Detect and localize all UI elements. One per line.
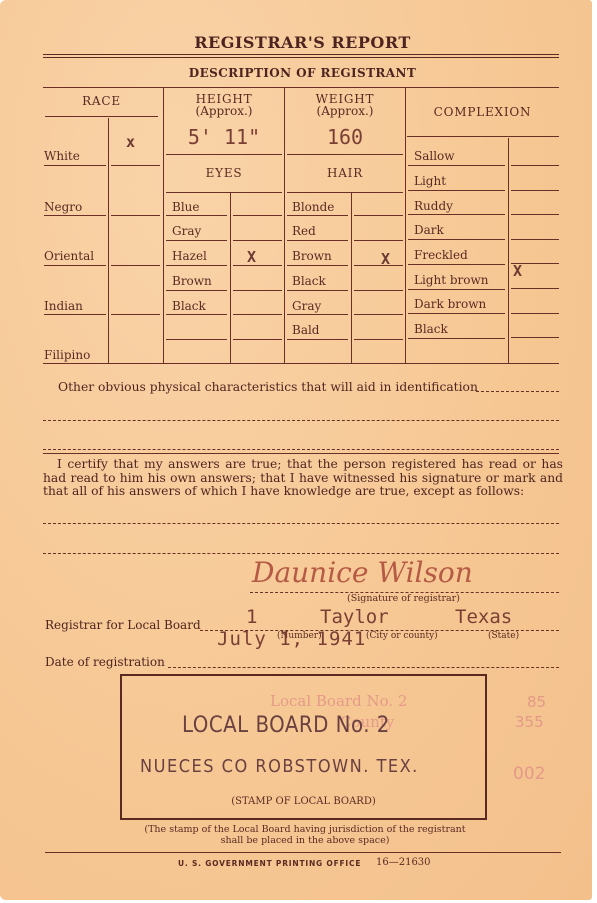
rule [166, 290, 227, 291]
stamp-note-line-2: shall be placed in the above space) [60, 835, 550, 846]
rule [287, 215, 348, 216]
printer-credit: U. S. GOVERNMENT PRINTING OFFICE [178, 859, 361, 868]
rule [354, 215, 403, 216]
side-number-2: 355 [515, 713, 544, 731]
rule [354, 265, 403, 266]
hair-mark-divider [351, 193, 352, 363]
stamp-line-2: NUECES CO ROBSTOWN. TEX. [140, 756, 419, 777]
rule [407, 136, 559, 137]
height-value[interactable]: 5' 11" [164, 125, 284, 149]
eyes-option-hazel: Hazel [172, 249, 207, 263]
rule [44, 314, 106, 315]
rule [354, 314, 403, 315]
local-board-state[interactable]: Texas [455, 606, 512, 628]
weight-value[interactable]: 160 [285, 125, 405, 149]
rule [408, 165, 505, 166]
complexion-option-dark-brown: Dark brown [414, 297, 486, 311]
complexion-option-ruddy: Ruddy [414, 199, 453, 213]
hair-option-red: Red [292, 224, 316, 238]
state-caption: (State) [488, 631, 519, 641]
rule [45, 116, 158, 117]
rule [233, 339, 282, 340]
certification-text: I certify that my answers are true; that… [43, 458, 563, 499]
complexion-option-light-brown: Light brown [414, 273, 489, 287]
rule [408, 289, 505, 290]
registration-date-value[interactable]: July 1, 1941 [217, 628, 366, 650]
registrar-report-card: REGISTRAR'S REPORT DESCRIPTION OF REGIST… [0, 0, 592, 900]
faded-stamp-line-1: Local Board No. 2 [270, 692, 407, 710]
rule [111, 215, 160, 216]
rule [111, 165, 160, 166]
rule [233, 314, 282, 315]
complexion-option-sallow: Sallow [414, 149, 455, 163]
footer-rule [45, 852, 561, 853]
rule [511, 288, 559, 289]
form-number: 16—21630 [376, 857, 431, 868]
section-subtitle: DESCRIPTION OF REGISTRANT [0, 66, 597, 80]
race-option-filipino: Filipino [44, 348, 90, 362]
rule [44, 265, 106, 266]
local-board-label: Registrar for Local Board [45, 619, 201, 633]
rule [511, 337, 559, 338]
rule [111, 314, 160, 315]
rule [408, 264, 505, 265]
rule [511, 190, 559, 191]
rule [511, 214, 559, 215]
rule [287, 265, 348, 266]
rule [408, 338, 505, 339]
rule [287, 290, 348, 291]
side-number-3: 002 [513, 764, 545, 784]
rule [166, 215, 227, 216]
complexion-header: COMPLEXION [406, 106, 559, 118]
rule [44, 215, 106, 216]
stamp-note: (The stamp of the Local Board having jur… [60, 824, 550, 846]
eyes-hazel-checkmark[interactable]: X [247, 248, 256, 266]
race-mark-divider [108, 118, 109, 363]
rule [166, 314, 227, 315]
stamp-line-1: LOCAL BOARD No. 2 [182, 713, 390, 738]
hair-option-brown: Brown [292, 249, 332, 263]
rule [354, 339, 403, 340]
race-option-indian: Indian [44, 299, 83, 313]
complexion-option-freckled: Freckled [414, 248, 468, 262]
rule [408, 313, 505, 314]
eyes-option-black: Black [172, 299, 206, 313]
city-caption: (City or county) [366, 631, 438, 641]
stamp-note-line-1: (The stamp of the Local Board having jur… [60, 824, 550, 835]
rule [287, 339, 348, 340]
other-characteristics-field[interactable] [476, 391, 559, 392]
eyes-mark-divider [230, 193, 231, 363]
race-header: RACE [43, 95, 160, 107]
race-option-negro: Negro [44, 200, 82, 214]
eyes-option-blue: Blue [172, 200, 200, 214]
rule [408, 239, 505, 240]
col-divider [405, 88, 406, 363]
rule [233, 215, 282, 216]
local-board-number[interactable]: 1 [246, 606, 257, 628]
race-white-checkmark[interactable]: x [126, 133, 135, 151]
complexion-mark-divider [508, 138, 509, 363]
hair-option-black: Black [292, 274, 326, 288]
weight-subheader: (Approx.) [285, 105, 405, 117]
eyes-option-brown: Brown [172, 274, 212, 288]
signature-caption: (Signature of registrar) [347, 593, 460, 604]
rule [287, 314, 348, 315]
rule [44, 165, 106, 166]
registration-date-line [168, 667, 559, 668]
section-rule [43, 453, 559, 454]
complexion-light-brown-checkmark[interactable]: X [513, 262, 522, 280]
rule [233, 265, 282, 266]
side-number-1: 85 [527, 693, 546, 711]
complexion-option-dark: Dark [414, 223, 444, 237]
rule [354, 290, 403, 291]
rule [287, 192, 403, 193]
rule [408, 190, 505, 191]
height-subheader: (Approx.) [164, 105, 284, 117]
hair-option-blonde: Blonde [292, 200, 334, 214]
rule [511, 313, 559, 314]
registration-date-label: Date of registration [45, 656, 165, 670]
hair-brown-checkmark[interactable]: X [381, 250, 390, 268]
race-option-oriental: Oriental [44, 249, 94, 263]
eyes-option-gray: Gray [172, 224, 201, 238]
rule [166, 240, 227, 241]
rule [287, 240, 348, 241]
stamp-caption: (STAMP OF LOCAL BOARD) [120, 796, 487, 807]
race-option-white: White [44, 149, 80, 163]
rule [233, 240, 282, 241]
other-characteristics-line-3[interactable] [43, 449, 559, 450]
complexion-option-light: Light [414, 174, 446, 188]
rule [511, 165, 559, 166]
eyes-header: EYES [164, 167, 284, 179]
table-bottom-rule [43, 363, 559, 364]
rule [408, 214, 505, 215]
rule [166, 339, 227, 340]
rule [111, 265, 160, 266]
rule [166, 265, 227, 266]
rule [166, 154, 282, 155]
other-characteristics-label: Other obvious physical characteristics t… [58, 381, 478, 395]
complexion-option-black: Black [414, 322, 448, 336]
title-double-rule [43, 54, 559, 58]
hair-option-bald: Bald [292, 323, 320, 337]
exceptions-line-1[interactable] [43, 523, 559, 524]
rule [287, 154, 403, 155]
rule [233, 290, 282, 291]
table-top-rule [43, 87, 559, 88]
rule [166, 192, 282, 193]
exceptions-line-2[interactable] [43, 553, 559, 554]
local-board-city[interactable]: Taylor [320, 606, 389, 628]
hair-option-gray: Gray [292, 299, 321, 313]
rule [511, 239, 559, 240]
page-title: REGISTRAR'S REPORT [0, 33, 597, 52]
hair-header: HAIR [285, 167, 405, 179]
rule [354, 240, 403, 241]
other-characteristics-line-2[interactable] [43, 420, 559, 421]
registrar-signature[interactable]: Daunice Wilson [252, 556, 473, 589]
